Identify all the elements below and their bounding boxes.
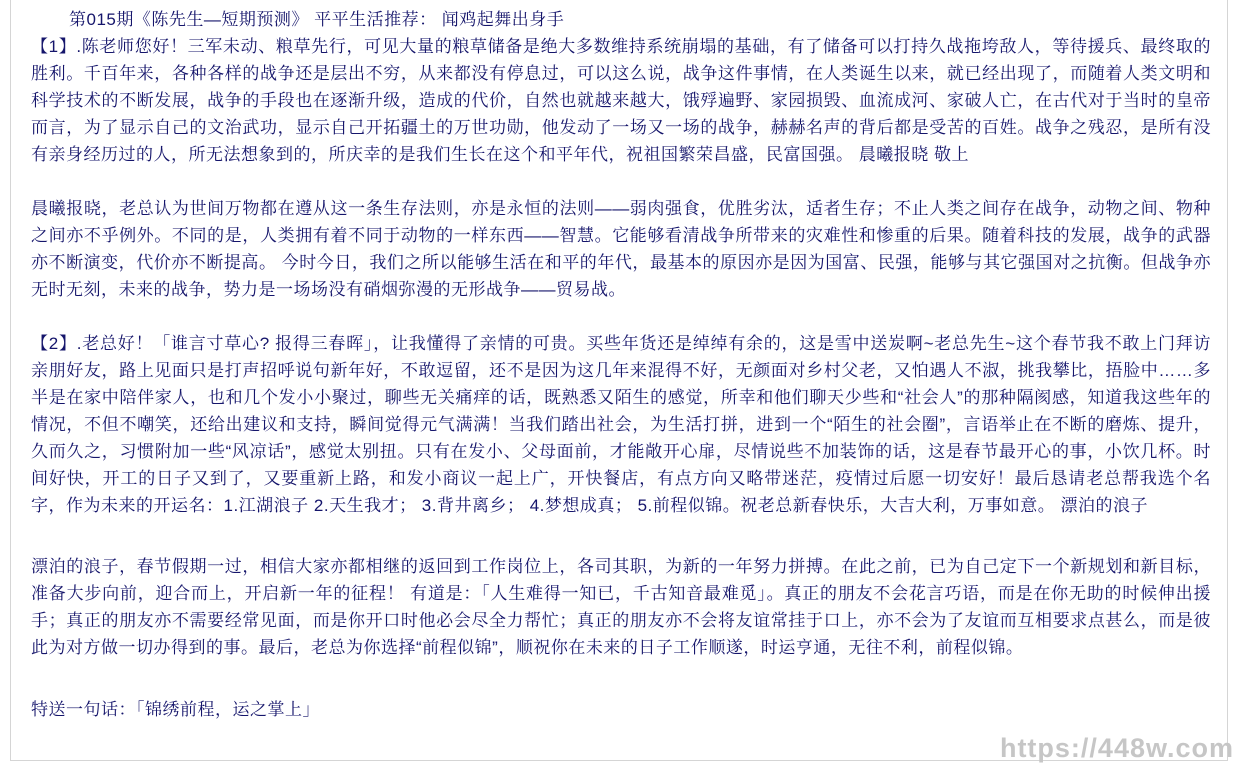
- site-watermark: https://448w.com: [1000, 733, 1234, 764]
- paragraph-5: 特送一句话：「锦绣前程，运之掌上」: [31, 696, 1211, 723]
- paragraph-2: 晨曦报晓，老总认为世间万物都在遵从这一条生存法则，亦是永恒的法则——弱肉强食，优…: [31, 195, 1211, 303]
- paragraph-1: 【1】.陈老师您好！三军未动、粮草先行，可见大量的粮草储备是绝大多数维持系统崩塌…: [31, 33, 1211, 168]
- post-container: 第015期《陈先生—短期预测》 平平生活推荐： 闻鸡起舞出身手 【1】.陈老师您…: [10, 0, 1228, 761]
- paragraph-3: 【2】.老总好！「谁言寸草心? 报得三春晖」，让我懂得了亲情的可贵。买些年货还是…: [31, 330, 1211, 519]
- post-title: 第015期《陈先生—短期预测》 平平生活推荐： 闻鸡起舞出身手: [31, 6, 1211, 33]
- paragraph-4: 漂泊的浪子，春节假期一过，相信大家亦都相继的返回到工作岗位上，各司其职，为新的一…: [31, 553, 1211, 661]
- post-body: 第015期《陈先生—短期预测》 平平生活推荐： 闻鸡起舞出身手 【1】.陈老师您…: [11, 0, 1227, 723]
